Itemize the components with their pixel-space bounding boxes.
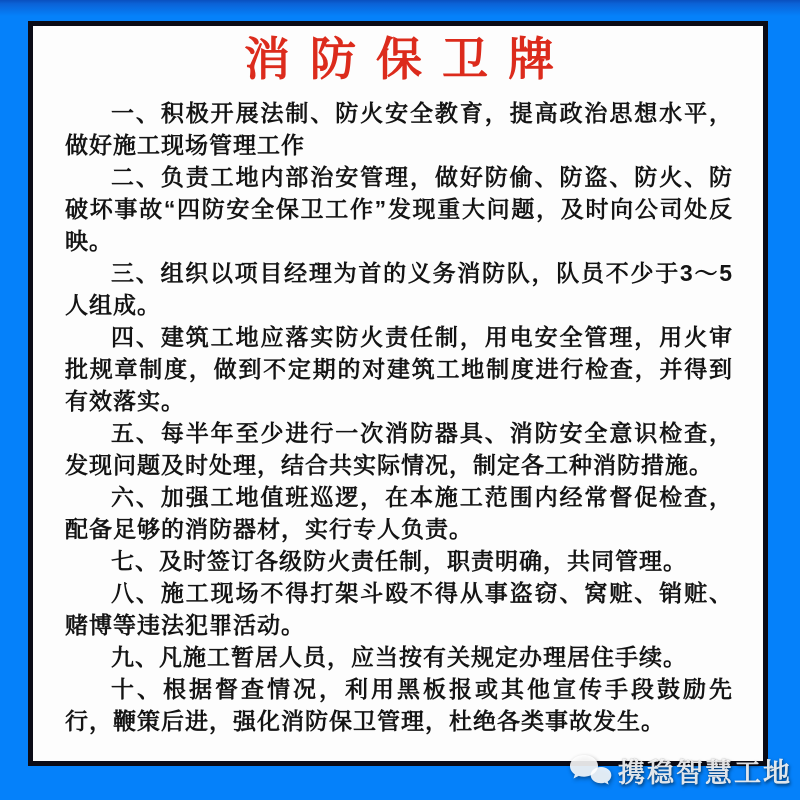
rule-item-3: 三、组织以项目经理为首的义务消防队，队员不少于3～5人组成。 — [65, 257, 733, 321]
rule-item-1: 一、积极开展法制、防火安全教育，提高政治思想水平，做好施工现场管理工作 — [65, 97, 733, 161]
rule-item-9: 九、凡施工暂居人员，应当按有关规定办理居住手续。 — [65, 641, 733, 673]
rule-item-6: 六、加强工地值班巡逻，在本施工范围内经常督促检查，配备足够的消防器材，实行专人负… — [65, 481, 733, 545]
rules-list: 一、积极开展法制、防火安全教育，提高政治思想水平，做好施工现场管理工作 二、负责… — [65, 97, 733, 737]
rule-item-7: 七、及时签订各级防火责任制，职责明确，共同管理。 — [65, 545, 733, 577]
rule-item-2: 二、负责工地内部治安管理，做好防偷、防盗、防火、防破坏事故“四防安全保卫工作”发… — [65, 161, 733, 257]
rule-item-8: 八、施工现场不得打架斗殴不得从事盗窃、窝赃、销赃、赌博等违法犯罪活动。 — [65, 577, 733, 641]
fire-safety-sign-panel: 消防保卫牌 一、积极开展法制、防火安全教育，提高政治思想水平，做好施工现场管理工… — [28, 21, 768, 766]
rule-item-10: 十、根据督查情况，利用黑板报或其他宣传手段鼓励先行，鞭策后进，强化消防保卫管理，… — [65, 673, 733, 737]
sign-title: 消防保卫牌 — [65, 32, 733, 87]
rule-item-5: 五、每半年至少进行一次消防器具、消防安全意识检查，发现问题及时处理，结合共实际情… — [65, 417, 733, 481]
rule-item-4: 四、建筑工地应落实防火责任制，用电安全管理，用火审批规章制度，做到不定期的对建筑… — [65, 321, 733, 417]
